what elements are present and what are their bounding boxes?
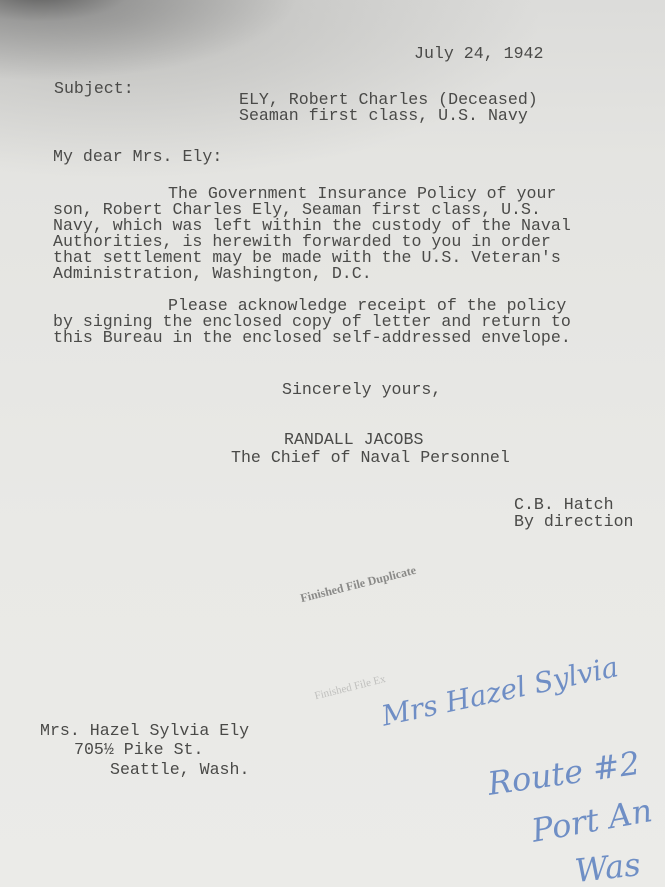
closing: Sincerely yours, bbox=[282, 382, 441, 398]
salutation: My dear Mrs. Ely: bbox=[53, 149, 222, 165]
subject-label: Subject: bbox=[54, 81, 134, 97]
address-line-city: Seattle, Wash. bbox=[110, 762, 249, 778]
address-line-street: 705½ Pike St. bbox=[74, 742, 203, 758]
paragraph-2-line: this Bureau in the enclosed self-address… bbox=[53, 330, 571, 346]
paragraph-1-line: Administration, Washington, D.C. bbox=[53, 266, 372, 282]
subject-line-2: Seaman first class, U.S. Navy bbox=[239, 108, 528, 124]
letter-date: July 24, 1942 bbox=[414, 46, 543, 62]
signatory-name: RANDALL JACOBS bbox=[284, 432, 423, 448]
signatory-title: The Chief of Naval Personnel bbox=[231, 450, 510, 466]
handwritten-line: Was bbox=[573, 845, 642, 887]
by-name: C.B. Hatch bbox=[514, 497, 614, 513]
by-direction: By direction bbox=[514, 514, 634, 530]
address-line-name: Mrs. Hazel Sylvia Ely bbox=[40, 723, 249, 739]
